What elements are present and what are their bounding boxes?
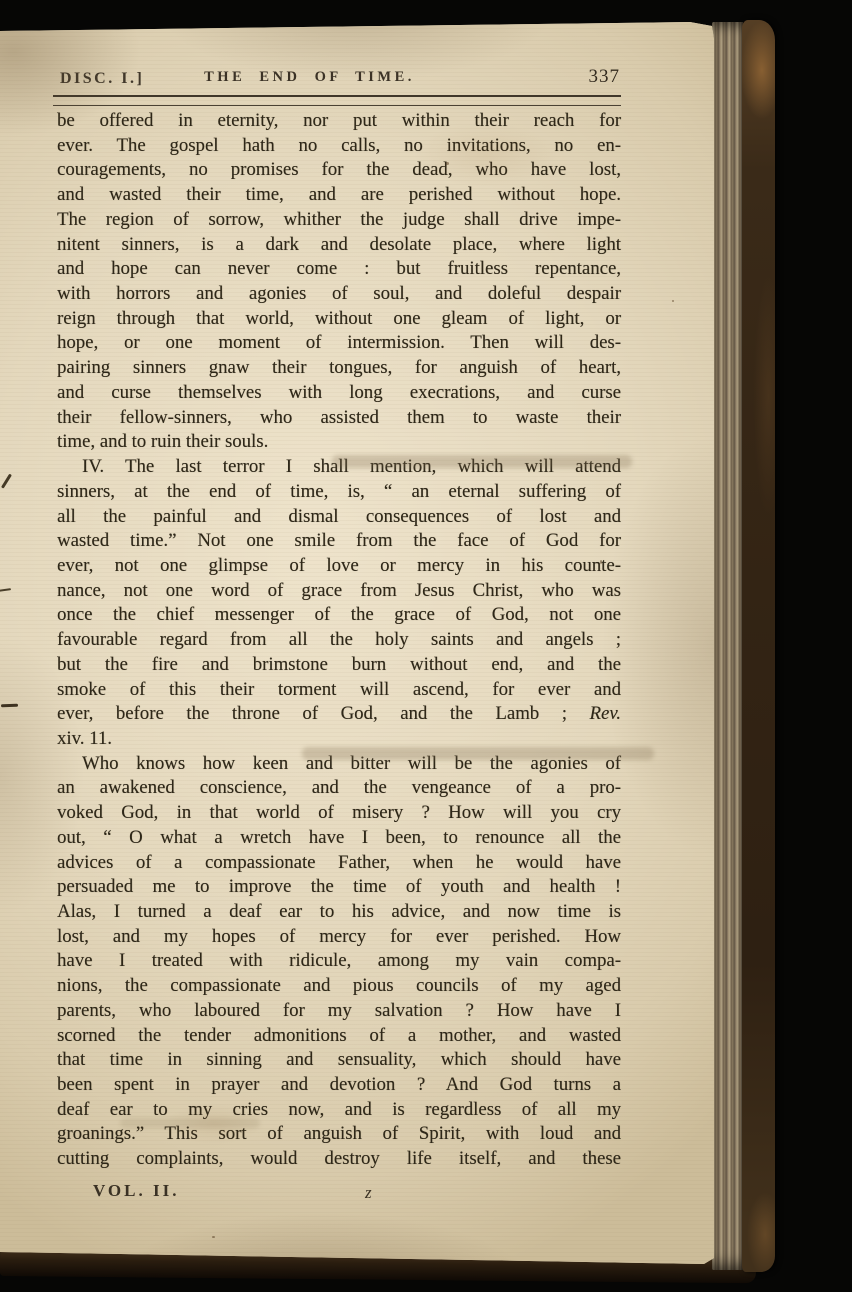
- body-line: ever, before the throne of God, and the …: [57, 702, 621, 727]
- body-line: their fellow-sinners, who assisted them …: [57, 406, 621, 431]
- body-line: ever, not one glimpse of love or mercy i…: [57, 554, 621, 579]
- paper-speck: [212, 1236, 215, 1238]
- body-line: persuaded me to improve the time of yout…: [57, 875, 621, 900]
- showthrough-smudge: [302, 747, 654, 760]
- body-line: lost, and my hopes of mercy for ever per…: [57, 925, 621, 950]
- body-line: nitent sinners, is a dark and desolate p…: [57, 233, 621, 258]
- body-line: and curse themselves with long execratio…: [57, 381, 621, 406]
- header-page-number: 337: [520, 66, 620, 88]
- body-line: reign through that world, without one gl…: [57, 307, 621, 332]
- footer-volume-label: VOL. II.: [93, 1181, 179, 1201]
- body-line: pairing sinners gnaw their tongues, for …: [57, 356, 621, 381]
- body-line: Alas, I turned a deaf ear to his advice,…: [57, 900, 621, 925]
- showthrough-smudge: [120, 1118, 260, 1128]
- margin-mark-dash: [0, 588, 11, 592]
- body-line: all the painful and dismal consequences …: [57, 505, 621, 530]
- body-line: and hope can never come : but fruitless …: [57, 257, 621, 282]
- italic-citation: Rev.: [590, 703, 621, 724]
- body-line: scorned the tender admonitions of a moth…: [57, 1024, 621, 1049]
- body-line: out, “ O what a wretch have I been, to r…: [57, 826, 621, 851]
- paper-speck: [446, 162, 449, 165]
- body-line: been spent in prayer and devotion ? And …: [57, 1073, 621, 1098]
- body-line: The region of sorrow, whither the judge …: [57, 208, 621, 233]
- body-line: be offered in eternity, nor put within t…: [57, 109, 621, 134]
- body-line: ever. The gospel hath no calls, no invit…: [57, 134, 621, 159]
- book-leather-cover-edge: [742, 20, 775, 1272]
- body-line: have I treated with ridicule, among my v…: [57, 949, 621, 974]
- body-line: smoke of this their torment will ascend,…: [57, 678, 621, 703]
- body-line: cutting complaints, would destroy life i…: [57, 1147, 621, 1172]
- margin-mark-long-dash: [1, 704, 18, 707]
- page: DISC. I.] THE END OF TIME. 337 be offere…: [0, 0, 714, 1292]
- book-photo: DISC. I.] THE END OF TIME. 337 be offere…: [0, 0, 852, 1292]
- body-line: but the fire and brimstone burn without …: [57, 653, 621, 678]
- showthrough-smudge: [332, 455, 632, 468]
- body-line: advices of a compassionate Father, when …: [57, 851, 621, 876]
- margin-mark-slash: [1, 474, 12, 489]
- body-line: once the chief messenger of the grace of…: [57, 603, 621, 628]
- body-line: voked God, in that world of misery ? How…: [57, 801, 621, 826]
- body-line: that time in sinning and sensuality, whi…: [57, 1048, 621, 1073]
- body-line: with horrors and agonies of soul, and do…: [57, 282, 621, 307]
- body-line: an awakened conscience, and the vengeanc…: [57, 776, 621, 801]
- body-line: nance, not one word of grace from Jesus …: [57, 579, 621, 604]
- paper-speck: [600, 560, 602, 564]
- footer-signature-mark: z: [365, 1183, 372, 1203]
- book-fore-edge-pages: [712, 22, 743, 1270]
- body-line: nions, the compassionate and pious counc…: [57, 974, 621, 999]
- paper-speck: [672, 300, 674, 302]
- body-line: hope, or one moment of intermission. The…: [57, 331, 621, 356]
- body-line: couragements, no promises for the dead, …: [57, 158, 621, 183]
- body-line: and wasted their time, and are perished …: [57, 183, 621, 208]
- body-line: parents, who laboured for my salvation ?…: [57, 999, 621, 1024]
- header-double-rule: [53, 95, 621, 106]
- header-running-title: THE END OF TIME.: [57, 69, 562, 86]
- body-line: favourable regard from all the holy sain…: [57, 628, 621, 653]
- body-line: wasted time.” Not one smile from the fac…: [57, 529, 621, 554]
- body-line: sinners, at the end of time, is, “ an et…: [57, 480, 621, 505]
- text-block: be offered in eternity, nor put within t…: [57, 109, 621, 1172]
- body-line: time, and to ruin their souls.: [57, 430, 621, 455]
